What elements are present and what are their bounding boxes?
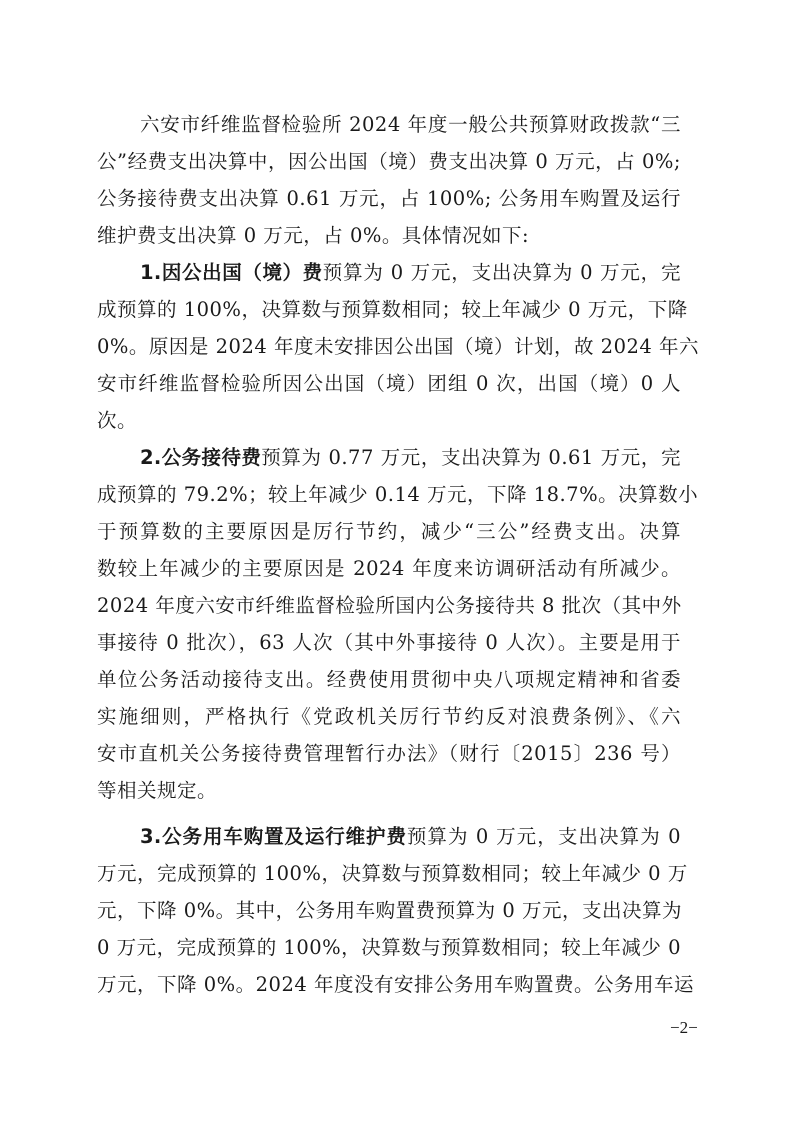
text-line: 万元，完成预算的 100%，决算数与预算数相同；较上年减少 0 万 <box>97 859 681 889</box>
text-line: 成预算的 79.2%；较上年减少 0.14 万元，下降 18.7%。决算数小 <box>97 480 681 510</box>
text-line: 公务接待费支出决算 0.61 万元，占 100%; 公务用车购置及运行 <box>97 184 681 214</box>
text-line: 元，下降 0%。其中，公务用车购置费预算为 0 万元，支出决算为 <box>97 896 681 926</box>
section-heading-1: 1.因公出国（境）费 <box>140 261 323 284</box>
text-line: 万元，下降 0%。2024 年度没有安排公务用车购置费。公务用车运 <box>97 970 681 1000</box>
text-line: 实施细则，严格执行《党政机关厉行节约反对浪费条例》、《六 <box>97 702 681 732</box>
text-run: 预算为 0 万元，支出决算为 0 <box>407 825 681 848</box>
text-line: 次。 <box>97 406 681 436</box>
text-run: 预算为 0 万元，支出决算为 0 万元，完 <box>323 261 681 284</box>
text-line: 六安市纤维监督检验所 2024 年度一般公共预算财政拨款“三 <box>140 110 681 140</box>
text-line: 事接待 0 批次），63 人次（其中外事接待 0 人次）。主要是用于 <box>97 628 681 658</box>
text-line: 数较上年减少的主要原因是 2024 年度来访调研活动有所减少。 <box>97 554 681 584</box>
text-line: 单位公务活动接待支出。经费使用贯彻中央八项规定精神和省委 <box>97 665 681 695</box>
section-3-first-line: 3.公务用车购置及运行维护费预算为 0 万元，支出决算为 0 <box>140 822 681 852</box>
text-line: 成预算的 100%，决算数与预算数相同；较上年减少 0 万元，下降 <box>97 295 681 325</box>
text-line: 0 万元，完成预算的 100%，决算数与预算数相同；较上年减少 0 <box>97 933 681 963</box>
text-line: 2024 年度六安市纤维监督检验所国内公务接待共 8 批次（其中外 <box>97 591 681 621</box>
text-line: 公”经费支出决算中，因公出国（境）费支出决算 0 万元，占 0%; <box>97 147 681 177</box>
text-line: 等相关规定。 <box>97 776 681 806</box>
section-heading-3: 3.公务用车购置及运行维护费 <box>140 825 407 848</box>
text-line: 维护费支出决算 0 万元，占 0%。具体情况如下: <box>97 221 681 251</box>
text-run: 预算为 0.77 万元，支出决算为 0.61 万元，完 <box>261 446 681 469</box>
section-2-first-line: 2.公务接待费预算为 0.77 万元，支出决算为 0.61 万元，完 <box>140 443 681 473</box>
text-line: 安市纤维监督检验所因公出国（境）团组 0 次，出国（境）0 人 <box>97 369 681 399</box>
document-page: 六安市纤维监督检验所 2024 年度一般公共预算财政拨款“三 公”经费支出决算中… <box>0 0 793 1122</box>
text-line: 0%。原因是 2024 年度未安排因公出国（境）计划，故 2024 年六 <box>97 332 681 362</box>
section-heading-2: 2.公务接待费 <box>140 446 261 469</box>
section-1-first-line: 1.因公出国（境）费预算为 0 万元，支出决算为 0 万元，完 <box>140 258 681 288</box>
text-line: 安市直机关公务接待费管理暂行办法》（财行〔2015〕236 号） <box>97 739 681 769</box>
page-number: −2− <box>670 1018 698 1038</box>
text-line: 于预算数的主要原因是厉行节约，减少“三公”经费支出。决算 <box>97 517 681 547</box>
